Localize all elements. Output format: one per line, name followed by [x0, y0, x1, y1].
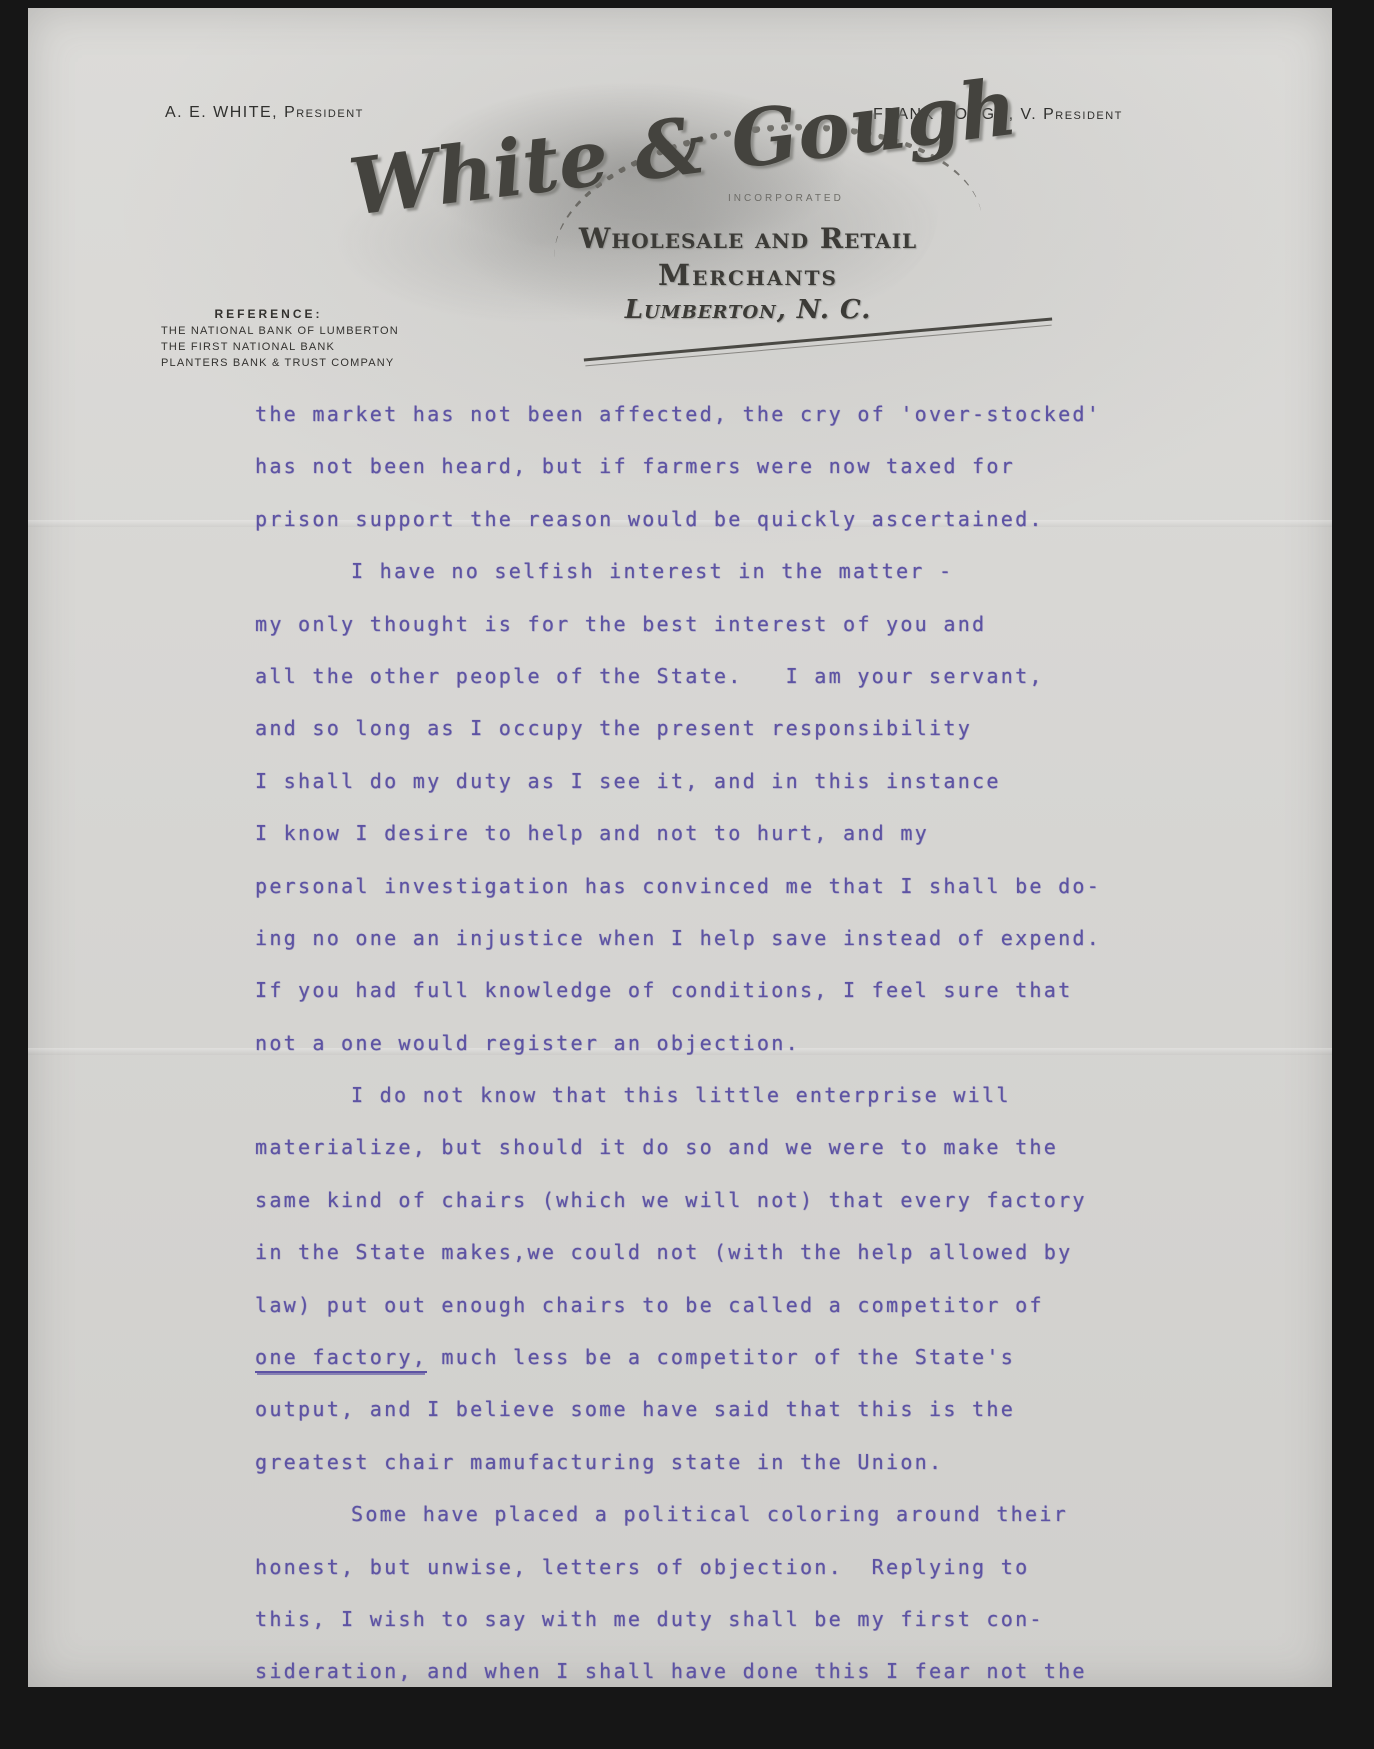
- typewritten-line: has not been heard, but if farmers were …: [255, 440, 1155, 492]
- typewritten-line: personal investigation has convinced me …: [255, 860, 1155, 912]
- typewritten-line: honest, but unwise, letters of objection…: [255, 1541, 1155, 1593]
- typewritten-line: Some have placed a political coloring ar…: [255, 1488, 1155, 1540]
- typewritten-line: ing no one an injustice when I help save…: [255, 912, 1155, 964]
- typewritten-line: all the other people of the State. I am …: [255, 650, 1155, 702]
- letterhead-merchants: Merchants: [478, 258, 1018, 292]
- letter-body: the market has not been affected, the cr…: [255, 388, 1155, 1698]
- typewritten-line: law) put out enough chairs to be called …: [255, 1279, 1155, 1331]
- typewritten-line: materialize, but should it do so and we …: [255, 1121, 1155, 1173]
- typewritten-line: not a one would register an objection.: [255, 1017, 1155, 1069]
- reference-bank: THE NATIONAL BANK OF LUMBERTON: [161, 325, 376, 337]
- reference-title: REFERENCE:: [161, 307, 376, 321]
- typewritten-line: this, I wish to say with me duty shall b…: [255, 1593, 1155, 1645]
- typewritten-line: in the State makes,we could not (with th…: [255, 1226, 1155, 1278]
- typewritten-line: I have no selfish interest in the matter…: [255, 545, 1155, 597]
- typewritten-line: I do not know that this little enterpris…: [255, 1069, 1155, 1121]
- letterhead-city: Lumberton, N. C.: [478, 295, 1018, 325]
- underlined-phrase: one factory,: [255, 1345, 427, 1373]
- typewritten-line: If you had full knowledge of conditions,…: [255, 964, 1155, 1016]
- reference-bank: THE FIRST NATIONAL BANK: [161, 341, 376, 353]
- typewritten-line: sideration, and when I shall have done t…: [255, 1645, 1155, 1697]
- typewritten-line: I know I desire to help and not to hurt,…: [255, 807, 1155, 859]
- incorporated-label: INCORPORATED: [728, 193, 844, 204]
- typewritten-line: the market has not been affected, the cr…: [255, 388, 1155, 440]
- officer-name-left: A. E. WHITE, President: [165, 104, 364, 122]
- letterhead-wholesale-retail: Wholesale and Retail: [478, 222, 1018, 255]
- scanned-letter: A. E. WHITE, President FRANK GOUGH, V. P…: [0, 0, 1374, 1749]
- reference-block: REFERENCE: THE NATIONAL BANK OF LUMBERTO…: [161, 307, 376, 369]
- letter-page: A. E. WHITE, President FRANK GOUGH, V. P…: [28, 8, 1332, 1687]
- reference-bank: PLANTERS BANK & TRUST COMPANY: [161, 357, 376, 369]
- typewritten-line: same kind of chairs (which we will not) …: [255, 1174, 1155, 1226]
- typewritten-line: and so long as I occupy the present resp…: [255, 702, 1155, 754]
- typewritten-line: output, and I believe some have said tha…: [255, 1383, 1155, 1435]
- typewritten-line: I shall do my duty as I see it, and in t…: [255, 755, 1155, 807]
- typewritten-line: my only thought is for the best interest…: [255, 598, 1155, 650]
- typewritten-line: one factory, much less be a competitor o…: [255, 1331, 1155, 1383]
- typewritten-line: prison support the reason would be quick…: [255, 493, 1155, 545]
- typewritten-line: greatest chair mamufacturing state in th…: [255, 1436, 1155, 1488]
